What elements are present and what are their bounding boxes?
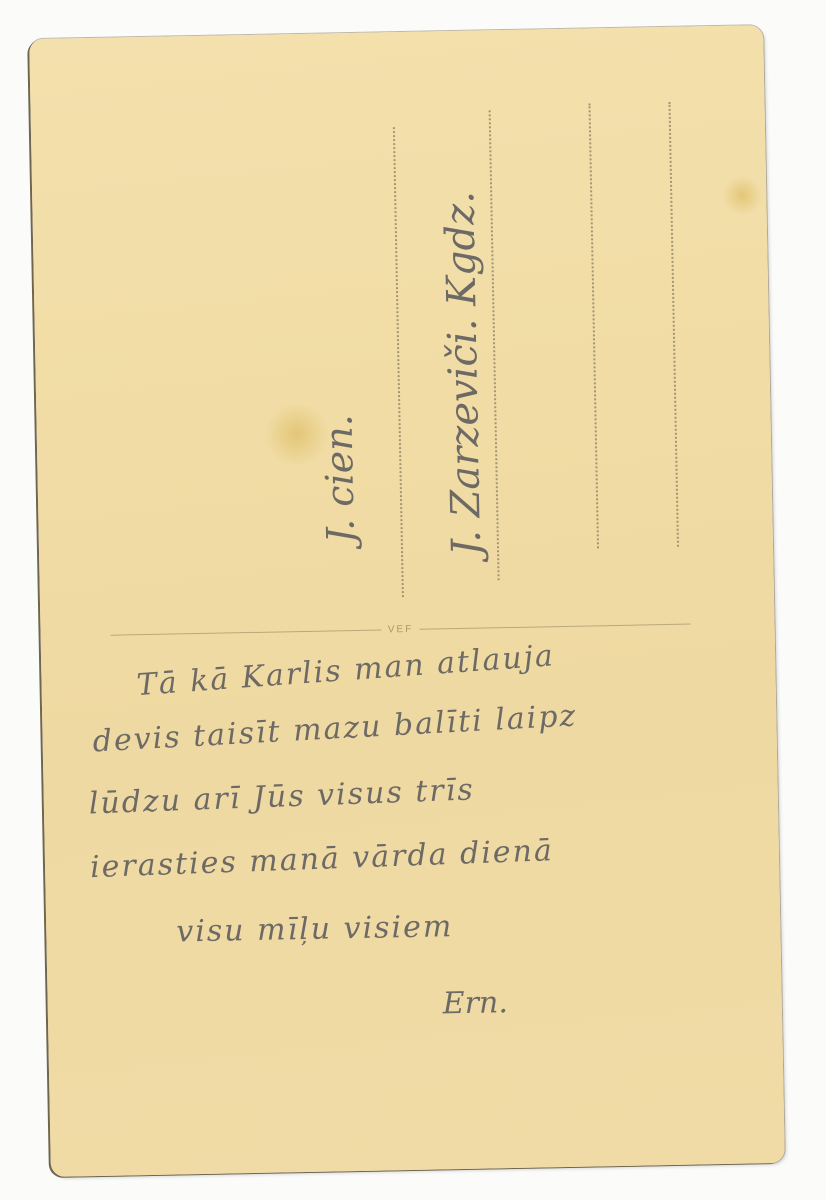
message-line: Tā kā Karlis man atlauja xyxy=(136,638,556,703)
address-line-guide xyxy=(588,103,599,548)
divider-rule xyxy=(111,629,382,635)
address-line-1: J. cien. xyxy=(316,414,362,544)
message-line: visu mīļu visiem xyxy=(176,909,454,949)
address-area: J. cien. J. Zarzeviči. Kgdz. xyxy=(29,25,774,639)
address-line-guide xyxy=(489,110,500,580)
publisher-mark: VEF xyxy=(388,623,414,634)
address-line-guide xyxy=(393,127,404,597)
message-line: ierasties manā vārda dienā xyxy=(89,833,554,885)
address-line-guide xyxy=(668,102,679,547)
address-line-2: J. Zarzeviči. Kgdz. xyxy=(437,191,490,557)
divider-rule xyxy=(419,623,690,629)
postcard-back: J. cien. J. Zarzeviči. Kgdz. VEF Tā kā K… xyxy=(29,25,785,1177)
message-line: lūdzu arī Jūs visus trīs xyxy=(88,772,475,821)
message-line: devis taisīt mazu balīti laipz xyxy=(92,698,578,759)
signature: Ern. xyxy=(442,985,508,1021)
